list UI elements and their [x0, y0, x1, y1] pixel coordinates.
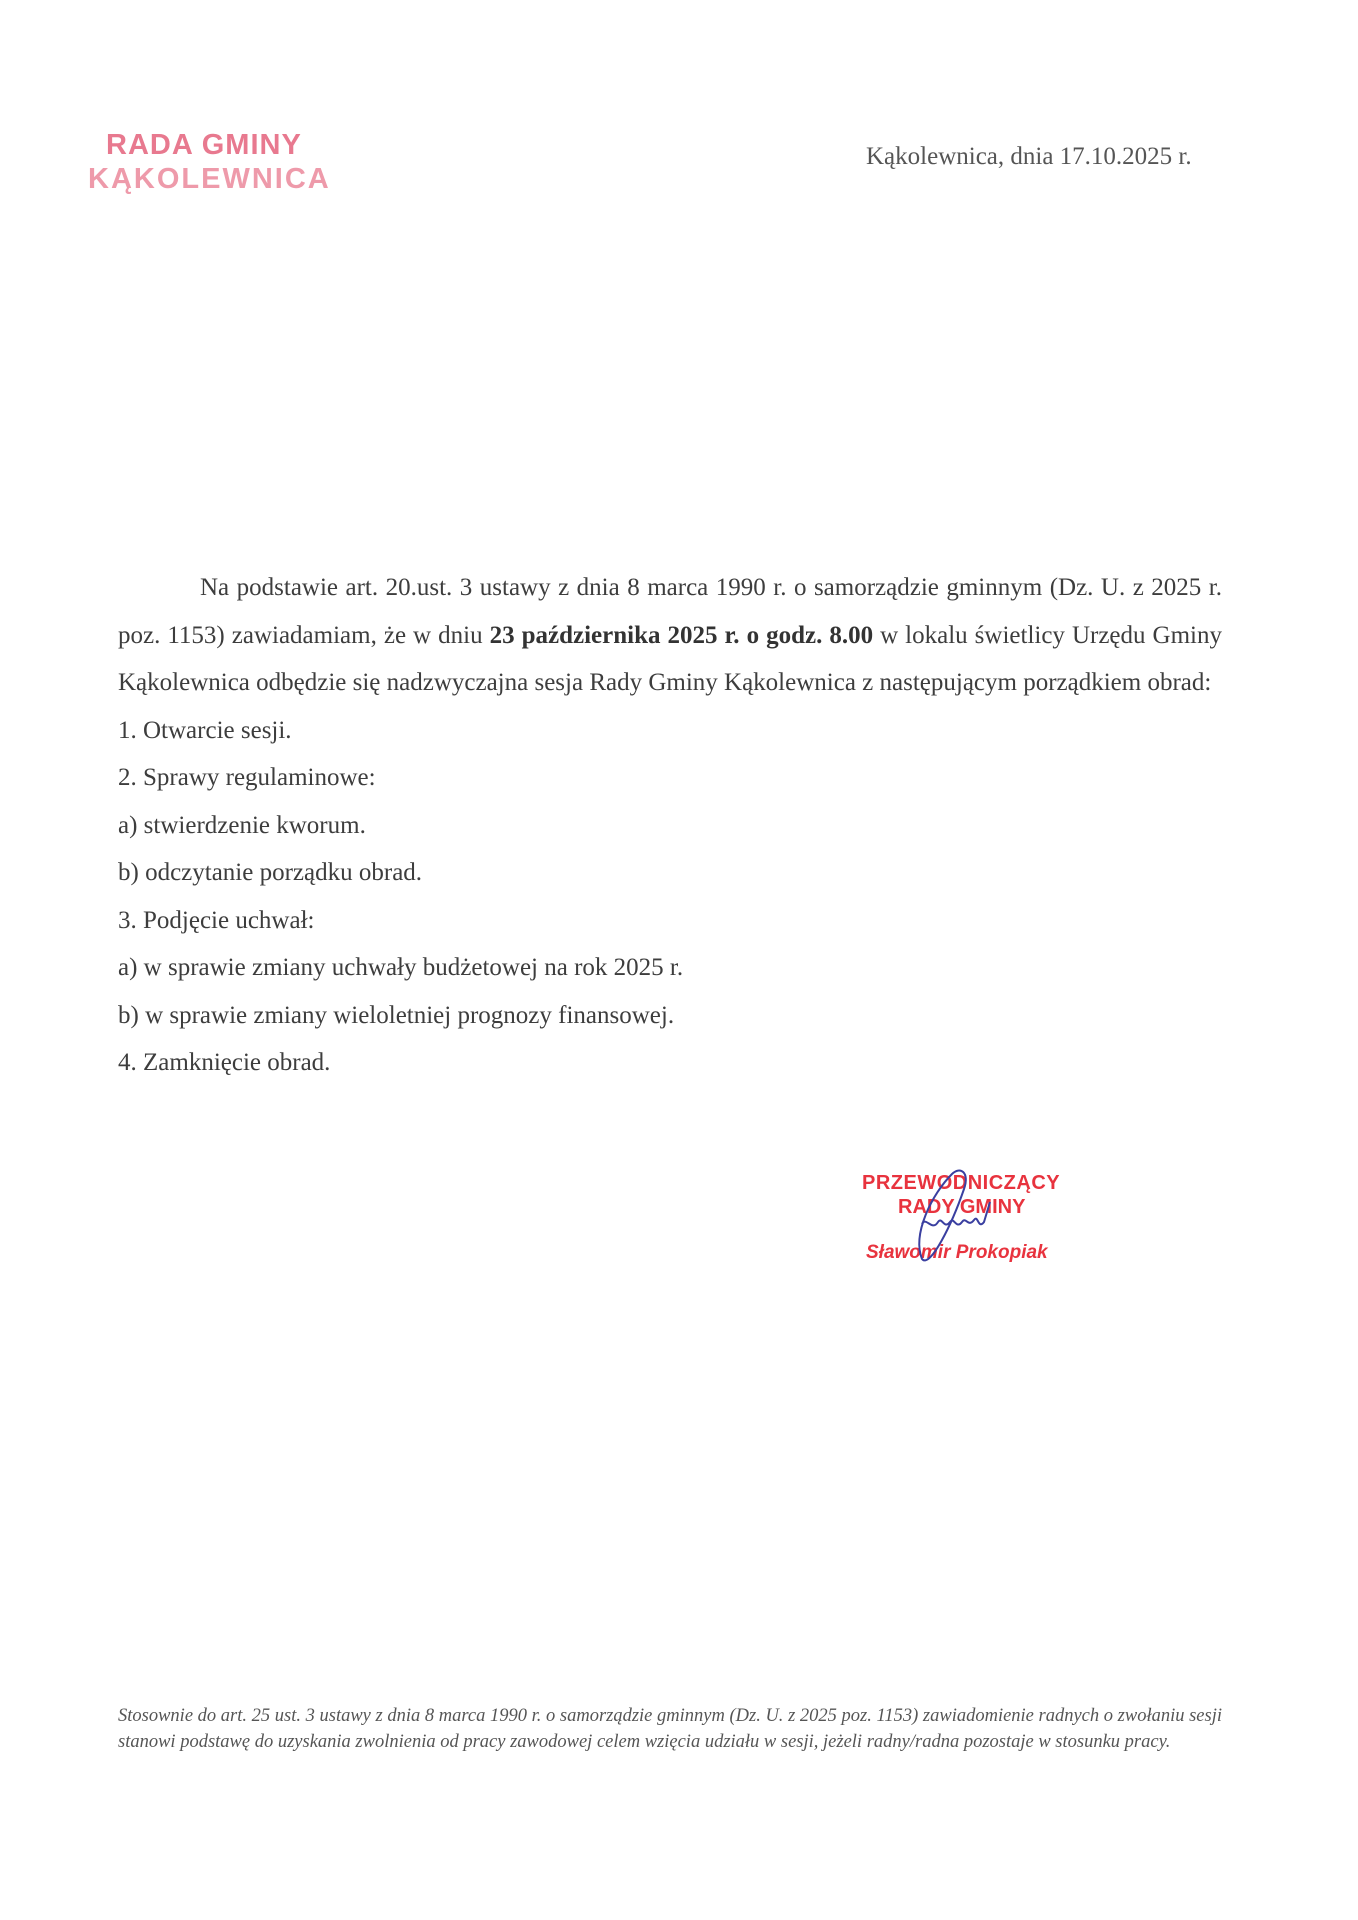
council-office-stamp: RADA GMINY KĄKOLEWNICA	[88, 128, 331, 196]
stamp-line-council: RADA GMINY	[106, 128, 331, 162]
agenda-item: b) w sprawie zmiany wieloletniej prognoz…	[118, 992, 1222, 1040]
agenda-item: a) w sprawie zmiany uchwały budżetowej n…	[118, 944, 1222, 992]
agenda-list: 1. Otwarcie sesji. 2. Sprawy regulaminow…	[118, 707, 1222, 1087]
legal-footnote: Stosownie do art. 25 ust. 3 ustawy z dni…	[118, 1703, 1222, 1755]
place-and-date: Kąkolewnica, dnia 17.10.2025 r.	[866, 143, 1192, 171]
agenda-item: a) stwierdzenie kworum.	[118, 802, 1222, 850]
agenda-item: 2. Sprawy regulaminowe:	[118, 754, 1222, 802]
stamp-line-municipality: KĄKOLEWNICA	[88, 162, 331, 196]
agenda-item: 4. Zamknięcie obrad.	[118, 1039, 1222, 1087]
agenda-item: 3. Podjęcie uchwał:	[118, 897, 1222, 945]
notice-body: Na podstawie art. 20.ust. 3 ustawy z dni…	[118, 564, 1222, 1087]
notice-intro: Na podstawie art. 20.ust. 3 ustawy z dni…	[118, 564, 1222, 707]
agenda-item: 1. Otwarcie sesji.	[118, 707, 1222, 755]
agenda-item: b) odczytanie porządku obrad.	[118, 849, 1222, 897]
footnote-text: Stosownie do art. 25 ust. 3 ustawy z dni…	[118, 1703, 1222, 1755]
handwritten-signature-icon	[892, 1164, 1032, 1274]
chairman-signature-stamp: PRZEWODNICZĄCY RADY GMINY Sławomir Proko…	[862, 1172, 1092, 1282]
session-date-time: 23 października 2025 r. o godz. 8.00	[490, 622, 874, 649]
